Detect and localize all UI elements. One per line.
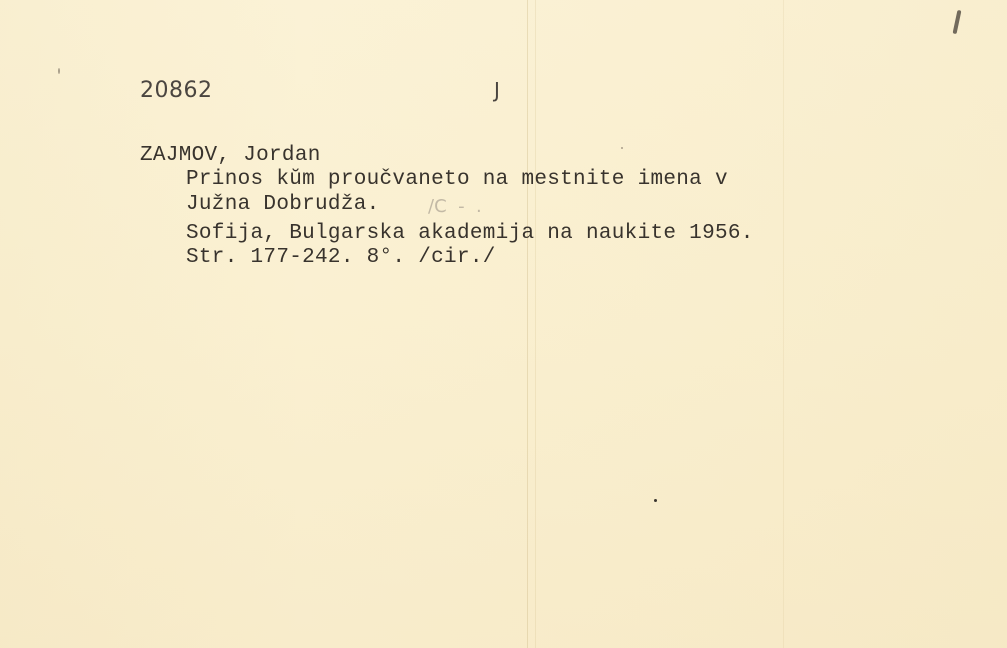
accession-number: 20862 (140, 78, 213, 103)
pencil-annotation: /C - . (428, 196, 482, 217)
check-mark-icon (953, 10, 962, 34)
paper-speck (654, 499, 657, 502)
collation-line: Str. 177-242. 8°. /cir./ (186, 246, 496, 270)
filing-letter: J (494, 78, 500, 102)
catalog-card: 20862 J ZAJMOV, Jordan Prinos kŭm proučv… (0, 0, 1007, 648)
paper-speck (58, 68, 60, 74)
card-fold-line (783, 0, 784, 648)
imprint-line: Sofija, Bulgarska akademija na naukite 1… (186, 222, 754, 246)
author-heading: ZAJMOV, Jordan (140, 144, 321, 168)
title-line-1: Prinos kŭm proučvaneto na mestnite imena… (186, 168, 728, 192)
paper-speck (621, 147, 623, 149)
title-line-2: Južna Dobrudža. (186, 193, 380, 217)
card-fold-line (535, 0, 536, 648)
card-fold-line (527, 0, 528, 648)
